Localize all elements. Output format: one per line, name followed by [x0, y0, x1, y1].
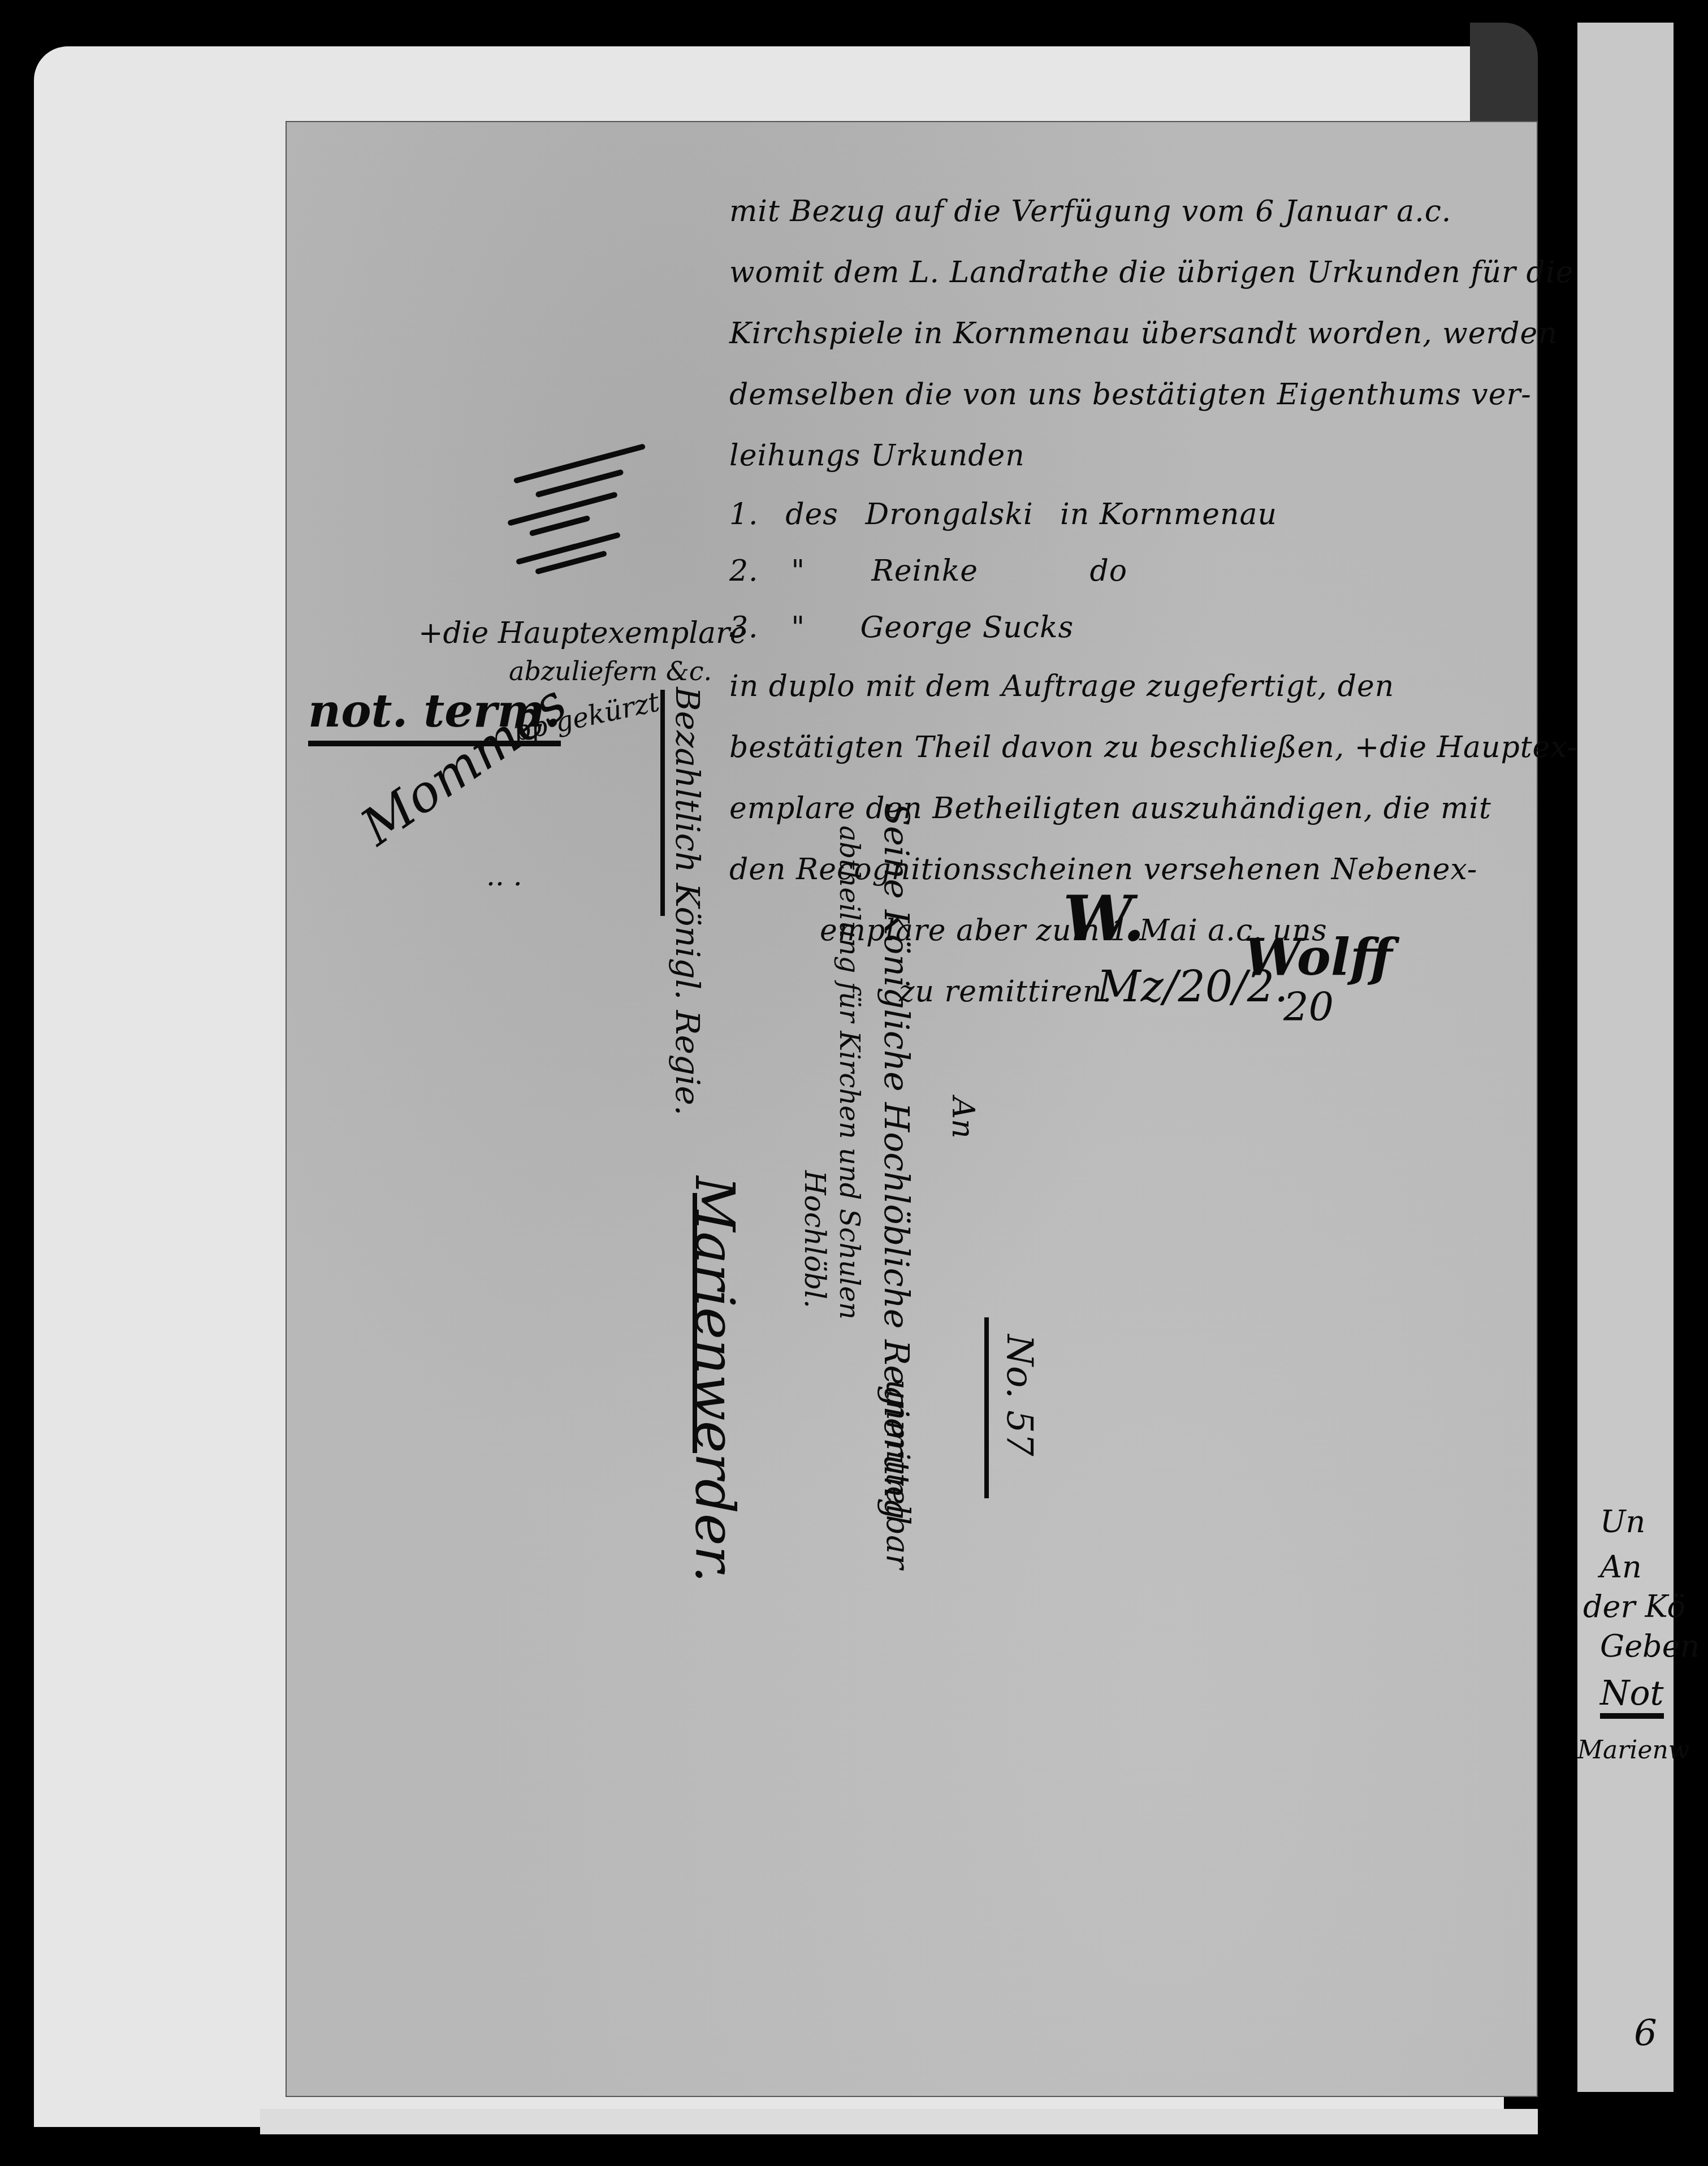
signature: Wolff: [1244, 927, 1392, 987]
list-name: Drongalski: [865, 498, 1033, 531]
margin-insert-note: +die Hauptexemplare: [418, 616, 747, 650]
text-line: demselben die von uns bestätigten Eigent…: [729, 364, 1521, 425]
text-line: leihungs Urkunden: [729, 425, 1521, 486]
vertical-note-1: Bezahltlich Königl. Regie.: [668, 687, 707, 1116]
vertical-rule: [660, 690, 665, 916]
signature-number: 20: [1283, 984, 1334, 1030]
text-line: bestätigten Theil davon zu beschließen, …: [729, 717, 1521, 778]
list-prefix: ": [791, 554, 805, 588]
list-number: 2.: [729, 554, 759, 588]
recipient-list: 1. des Drongalski in Kornmenau 2. " Rein…: [729, 486, 1521, 656]
file-number: No. 57: [998, 1334, 1040, 1456]
text-line: Kirchspiele in Kornmenau übersandt worde…: [729, 303, 1521, 364]
list-prefix: ": [791, 611, 805, 645]
strip-fragment: An: [1600, 1549, 1642, 1585]
strip-fragment: der Kö: [1583, 1589, 1685, 1624]
list-name: Reinke: [872, 554, 978, 588]
adjacent-page-strip: Un An der Kö Geben Not Marienw 6: [1577, 23, 1674, 2092]
list-number: 1.: [729, 498, 759, 531]
vertical-rule: [984, 1317, 989, 1498]
list-name: George Sucks: [861, 611, 1074, 645]
address-line: Hochlöbl.: [798, 1170, 831, 1308]
strip-fragment: Un: [1600, 1504, 1645, 1540]
page-number: 6: [1634, 2013, 1657, 2055]
text-line: mit Bezug auf die Verfügung vom 6 Januar…: [729, 181, 1521, 242]
address-city: Marienwerder.: [683, 1176, 746, 1583]
list-item: 3. " George Sucks: [729, 599, 1521, 656]
strip-fragment: Not: [1600, 1674, 1664, 1719]
list-place: do: [1089, 554, 1127, 588]
bottom-flourish: unmittelbar: [879, 1380, 916, 1569]
address-an: An: [945, 1097, 981, 1139]
strip-fragment: Marienw: [1577, 1736, 1689, 1765]
initials-mark: W.: [1063, 882, 1145, 955]
list-item: 2. " Reinke do: [729, 543, 1521, 599]
text-line: womit dem L. Landrathe die übrigen Urkun…: [729, 242, 1521, 303]
list-item: 1. des Drongalski in Kornmenau: [729, 486, 1521, 543]
margin-dots: .. .: [486, 859, 522, 892]
address-line: abtheilung für Kirchen und Schulen: [833, 825, 865, 1320]
text-line: in duplo mit dem Auftrage zugefertigt, d…: [729, 656, 1521, 717]
list-place: in Kornmenau: [1060, 498, 1277, 531]
strip-fragment: Geben: [1600, 1628, 1700, 1664]
list-prefix: des: [785, 498, 838, 531]
backing-sheet-bottom-edge: [260, 2109, 1577, 2134]
